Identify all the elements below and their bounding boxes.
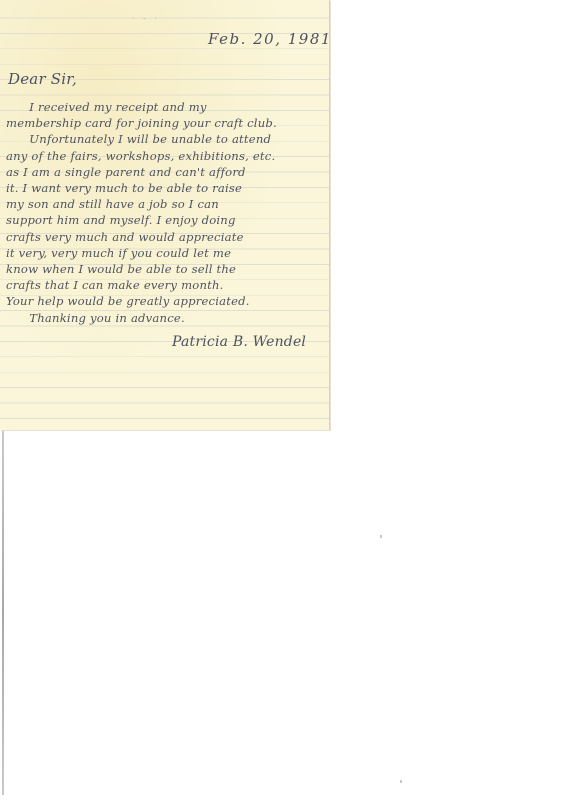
letter-body-line: crafts very much and would appreciate	[6, 230, 244, 244]
letter-body-line: any of the fairs, workshops, exhibitions…	[6, 149, 275, 163]
letter-body-line: crafts that I can make every month.	[6, 278, 224, 292]
scan-speck	[400, 780, 402, 783]
letter-date: Feb. 20, 1981	[208, 30, 332, 48]
letter-body-line: know when I would be able to sell the	[6, 262, 236, 276]
letter-signature: Patricia B. Wendel	[172, 334, 306, 350]
letter-salutation: Dear Sir,	[8, 70, 77, 88]
letter-paper: · - · Feb. 20, 1981 Dear Sir, I received…	[0, 0, 330, 430]
letter-body-line: membership card for joining your craft c…	[6, 116, 277, 130]
scan-speck	[380, 535, 382, 538]
letter-body-line: support him and myself. I enjoy doing	[6, 213, 236, 227]
letter-body-line: as I am a single parent and can't afford	[6, 165, 246, 179]
letter-body-line: Thanking you in advance.	[6, 311, 185, 325]
letter-body-line: my son and still have a job so I can	[6, 197, 219, 211]
letter-body-line: it. I want very much to be able to raise	[6, 181, 242, 195]
letter-body-line: it very, very much if you could let me	[6, 246, 231, 260]
scan-edge-line	[2, 430, 4, 795]
letter-body-line: Your help would be greatly appreciated.	[6, 294, 250, 308]
letter-body-line: Unfortunately I will be unable to attend	[6, 132, 271, 146]
letter-body-line: I received my receipt and my	[6, 100, 207, 114]
top-mark: · - ·	[132, 14, 160, 23]
